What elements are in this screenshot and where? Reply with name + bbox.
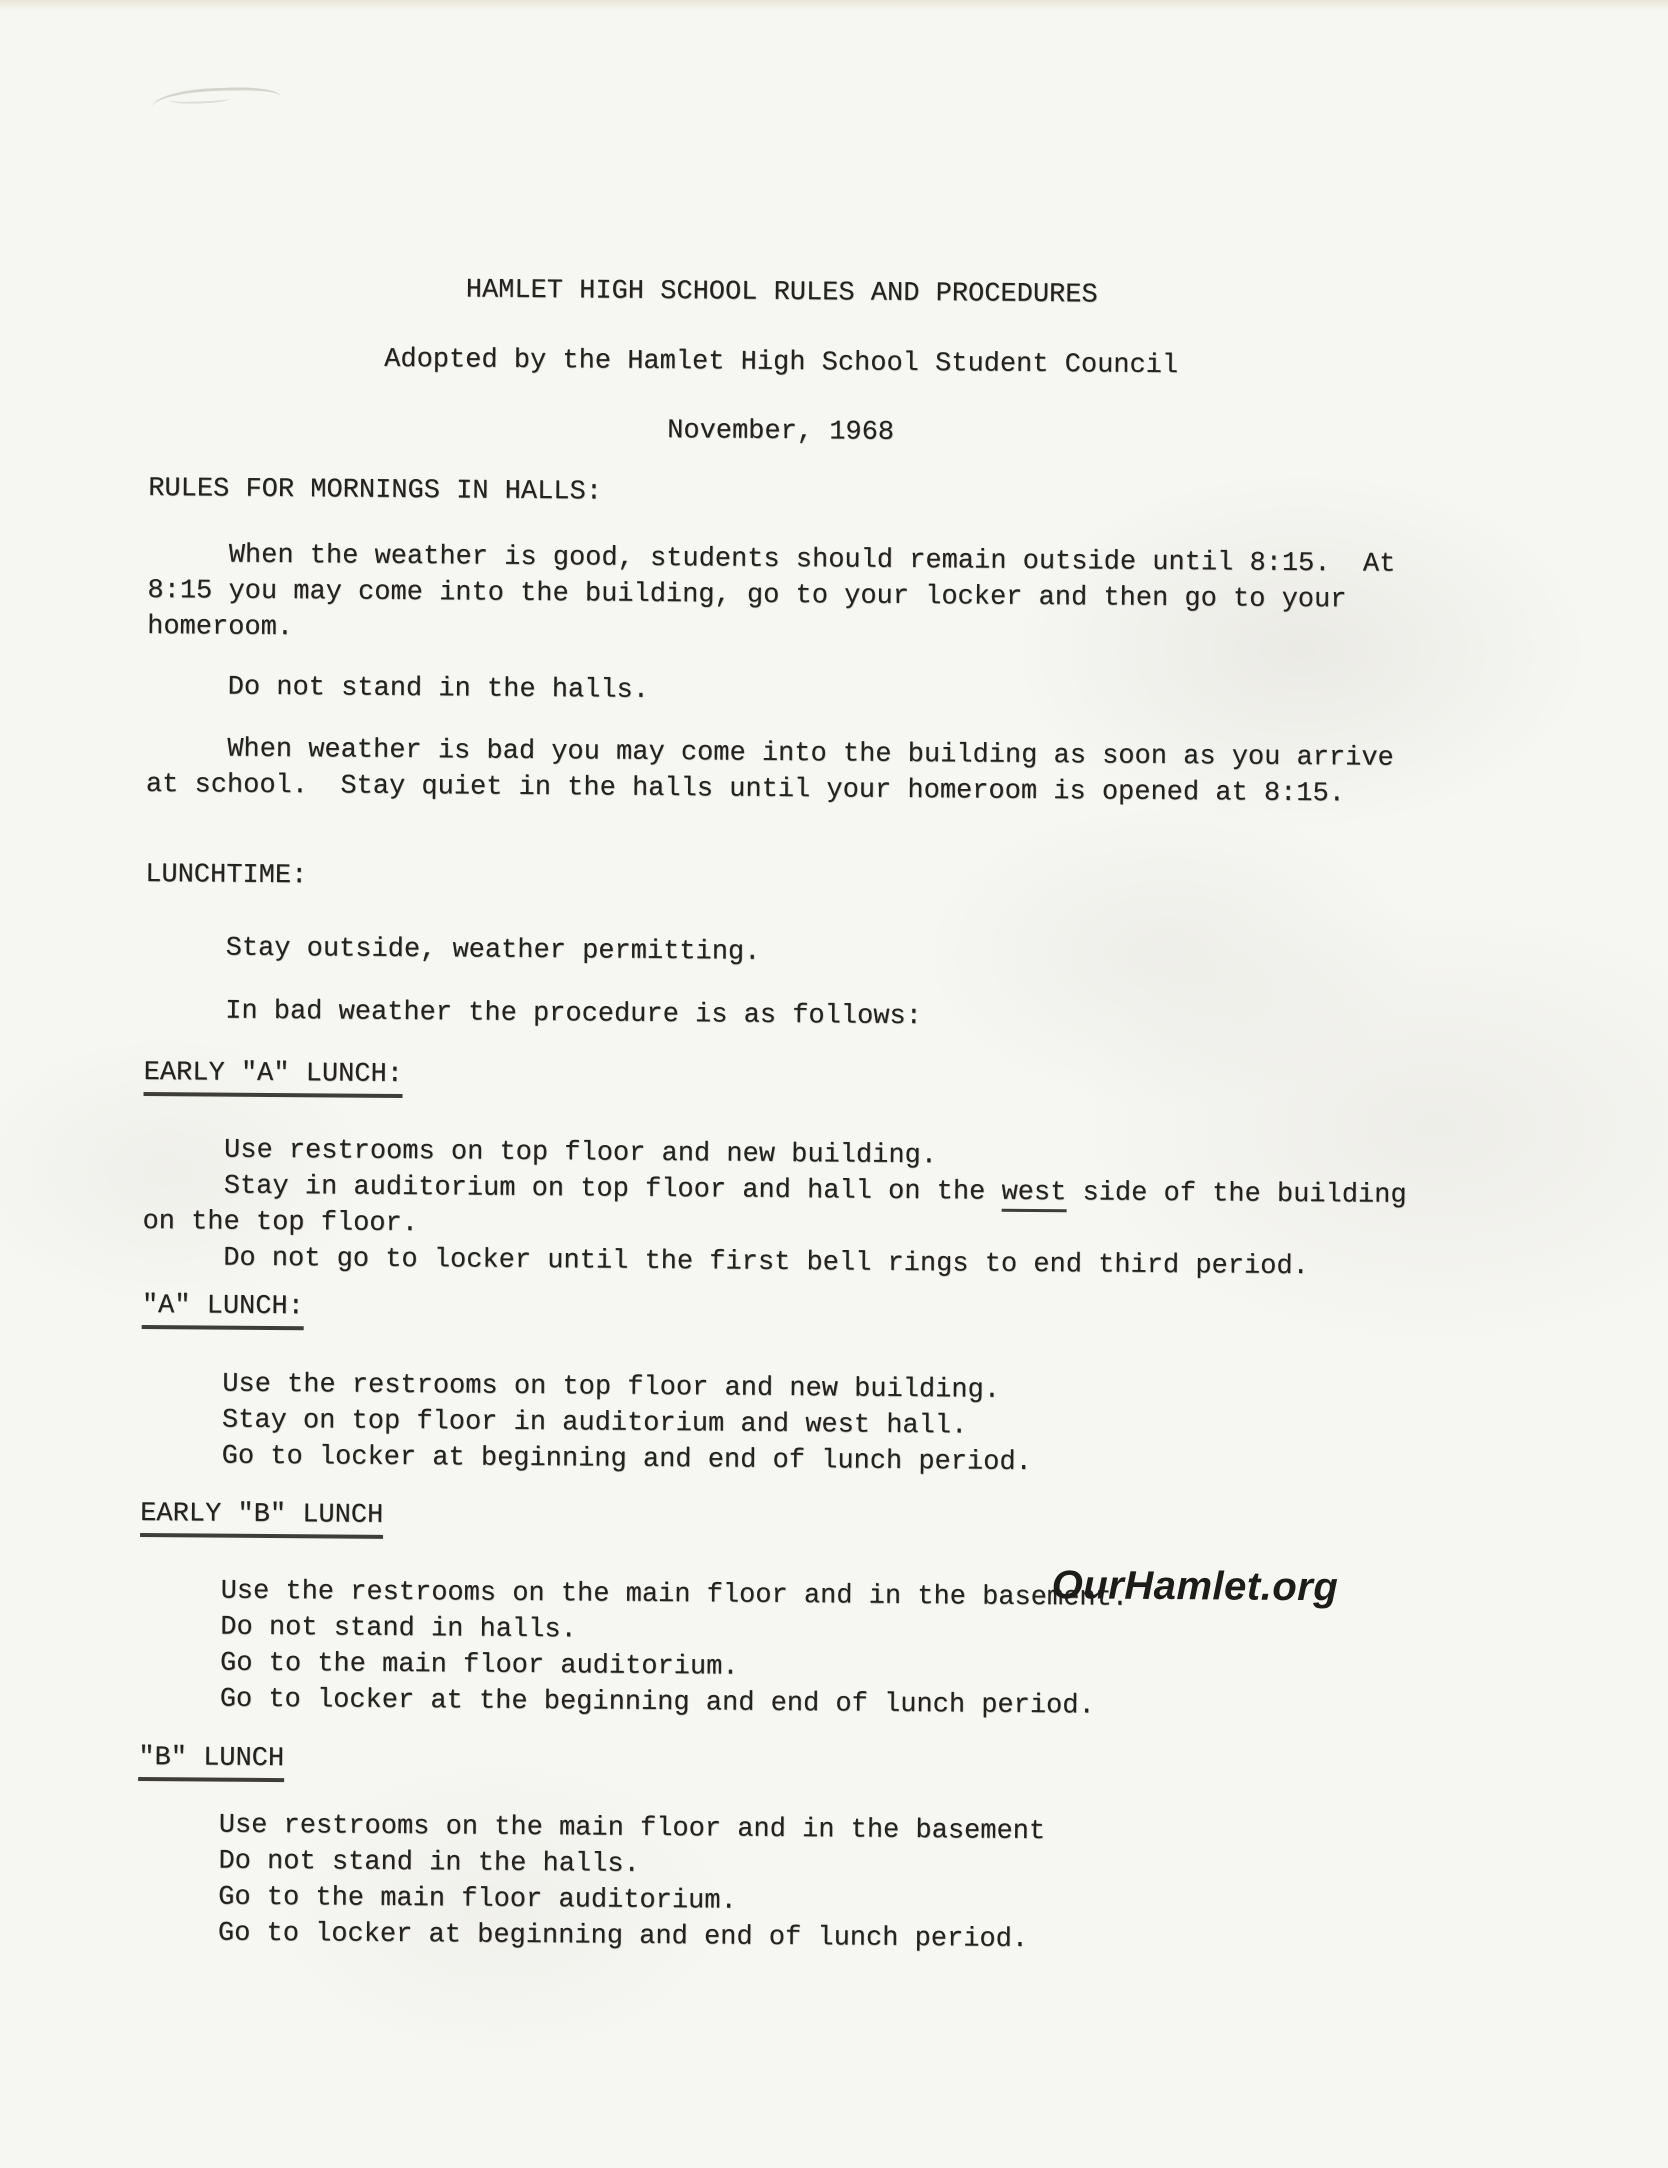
lunchtime-line-2: In bad weather the procedure is as follo… <box>144 993 1408 1039</box>
underlined-word-west: west <box>1001 1178 1066 1213</box>
section-heading-morning-rules: RULES FOR MORNINGS IN HALLS: <box>148 471 1412 517</box>
lunchtime-line-1: Stay outside, weather permitting. <box>145 930 1409 976</box>
watermark-text: OurHamlet.org <box>1052 1567 1339 1605</box>
underlined-heading-text: "B" LUNCH <box>138 1740 284 1782</box>
section-early-b-lunch: EARLY "B" LUNCH Use the restrooms on the… <box>139 1496 1404 1727</box>
section-lunchtime: LUNCHTIME: Stay outside, weather permitt… <box>144 857 1409 1039</box>
scanned-document-page: HAMLET HIGH SCHOOL RULES AND PROCEDURES … <box>0 0 1668 2168</box>
scan-smudge <box>152 86 281 107</box>
rule-line-text: Stay in auditorium on top floor and hall… <box>224 1172 1002 1208</box>
section-heading-b-lunch: "B" LUNCH <box>138 1740 1402 1791</box>
rule-line: Stay in auditorium on top floor and hall… <box>142 1168 1406 1250</box>
paragraph-good-weather: When the weather is good, students shoul… <box>147 537 1412 655</box>
early-a-lunch-rules: Use restrooms on top floor and new build… <box>142 1132 1407 1286</box>
page-subtitle: Adopted by the Hamlet High School Studen… <box>149 340 1413 386</box>
underlined-heading-text: EARLY "B" LUNCH <box>140 1496 383 1539</box>
page-title: HAMLET HIGH SCHOOL RULES AND PROCEDURES <box>150 270 1414 316</box>
paragraph-do-not-stand: Do not stand in the halls. <box>147 669 1411 715</box>
underlined-heading-text: "A" LUNCH: <box>142 1288 304 1330</box>
section-heading-lunchtime: LUNCHTIME: <box>145 857 1409 903</box>
section-early-a-lunch: EARLY "A" LUNCH: Use restrooms on top fl… <box>142 1055 1407 1286</box>
document-body: HAMLET HIGH SCHOOL RULES AND PROCEDURES … <box>137 270 1414 1961</box>
section-b-lunch: "B" LUNCH Use restrooms on the main floo… <box>137 1740 1402 1961</box>
section-heading-early-b-lunch: EARLY "B" LUNCH <box>140 1496 1404 1547</box>
section-heading-a-lunch: "A" LUNCH: <box>142 1288 1406 1339</box>
section-morning-rules: RULES FOR MORNINGS IN HALLS: When the we… <box>146 471 1412 813</box>
underlined-heading-text: EARLY "A" LUNCH: <box>144 1055 404 1098</box>
a-lunch-rules: Use the restrooms on top floor and new b… <box>141 1366 1406 1484</box>
date-line: November, 1968 <box>149 409 1413 455</box>
document-header: HAMLET HIGH SCHOOL RULES AND PROCEDURES … <box>149 270 1414 455</box>
paragraph-bad-weather: When weather is bad you may come into th… <box>146 731 1410 813</box>
section-heading-early-a-lunch: EARLY "A" LUNCH: <box>144 1055 1408 1106</box>
section-a-lunch: "A" LUNCH: Use the restrooms on top floo… <box>141 1288 1406 1484</box>
b-lunch-rules: Use restrooms on the main floor and in t… <box>137 1807 1402 1961</box>
